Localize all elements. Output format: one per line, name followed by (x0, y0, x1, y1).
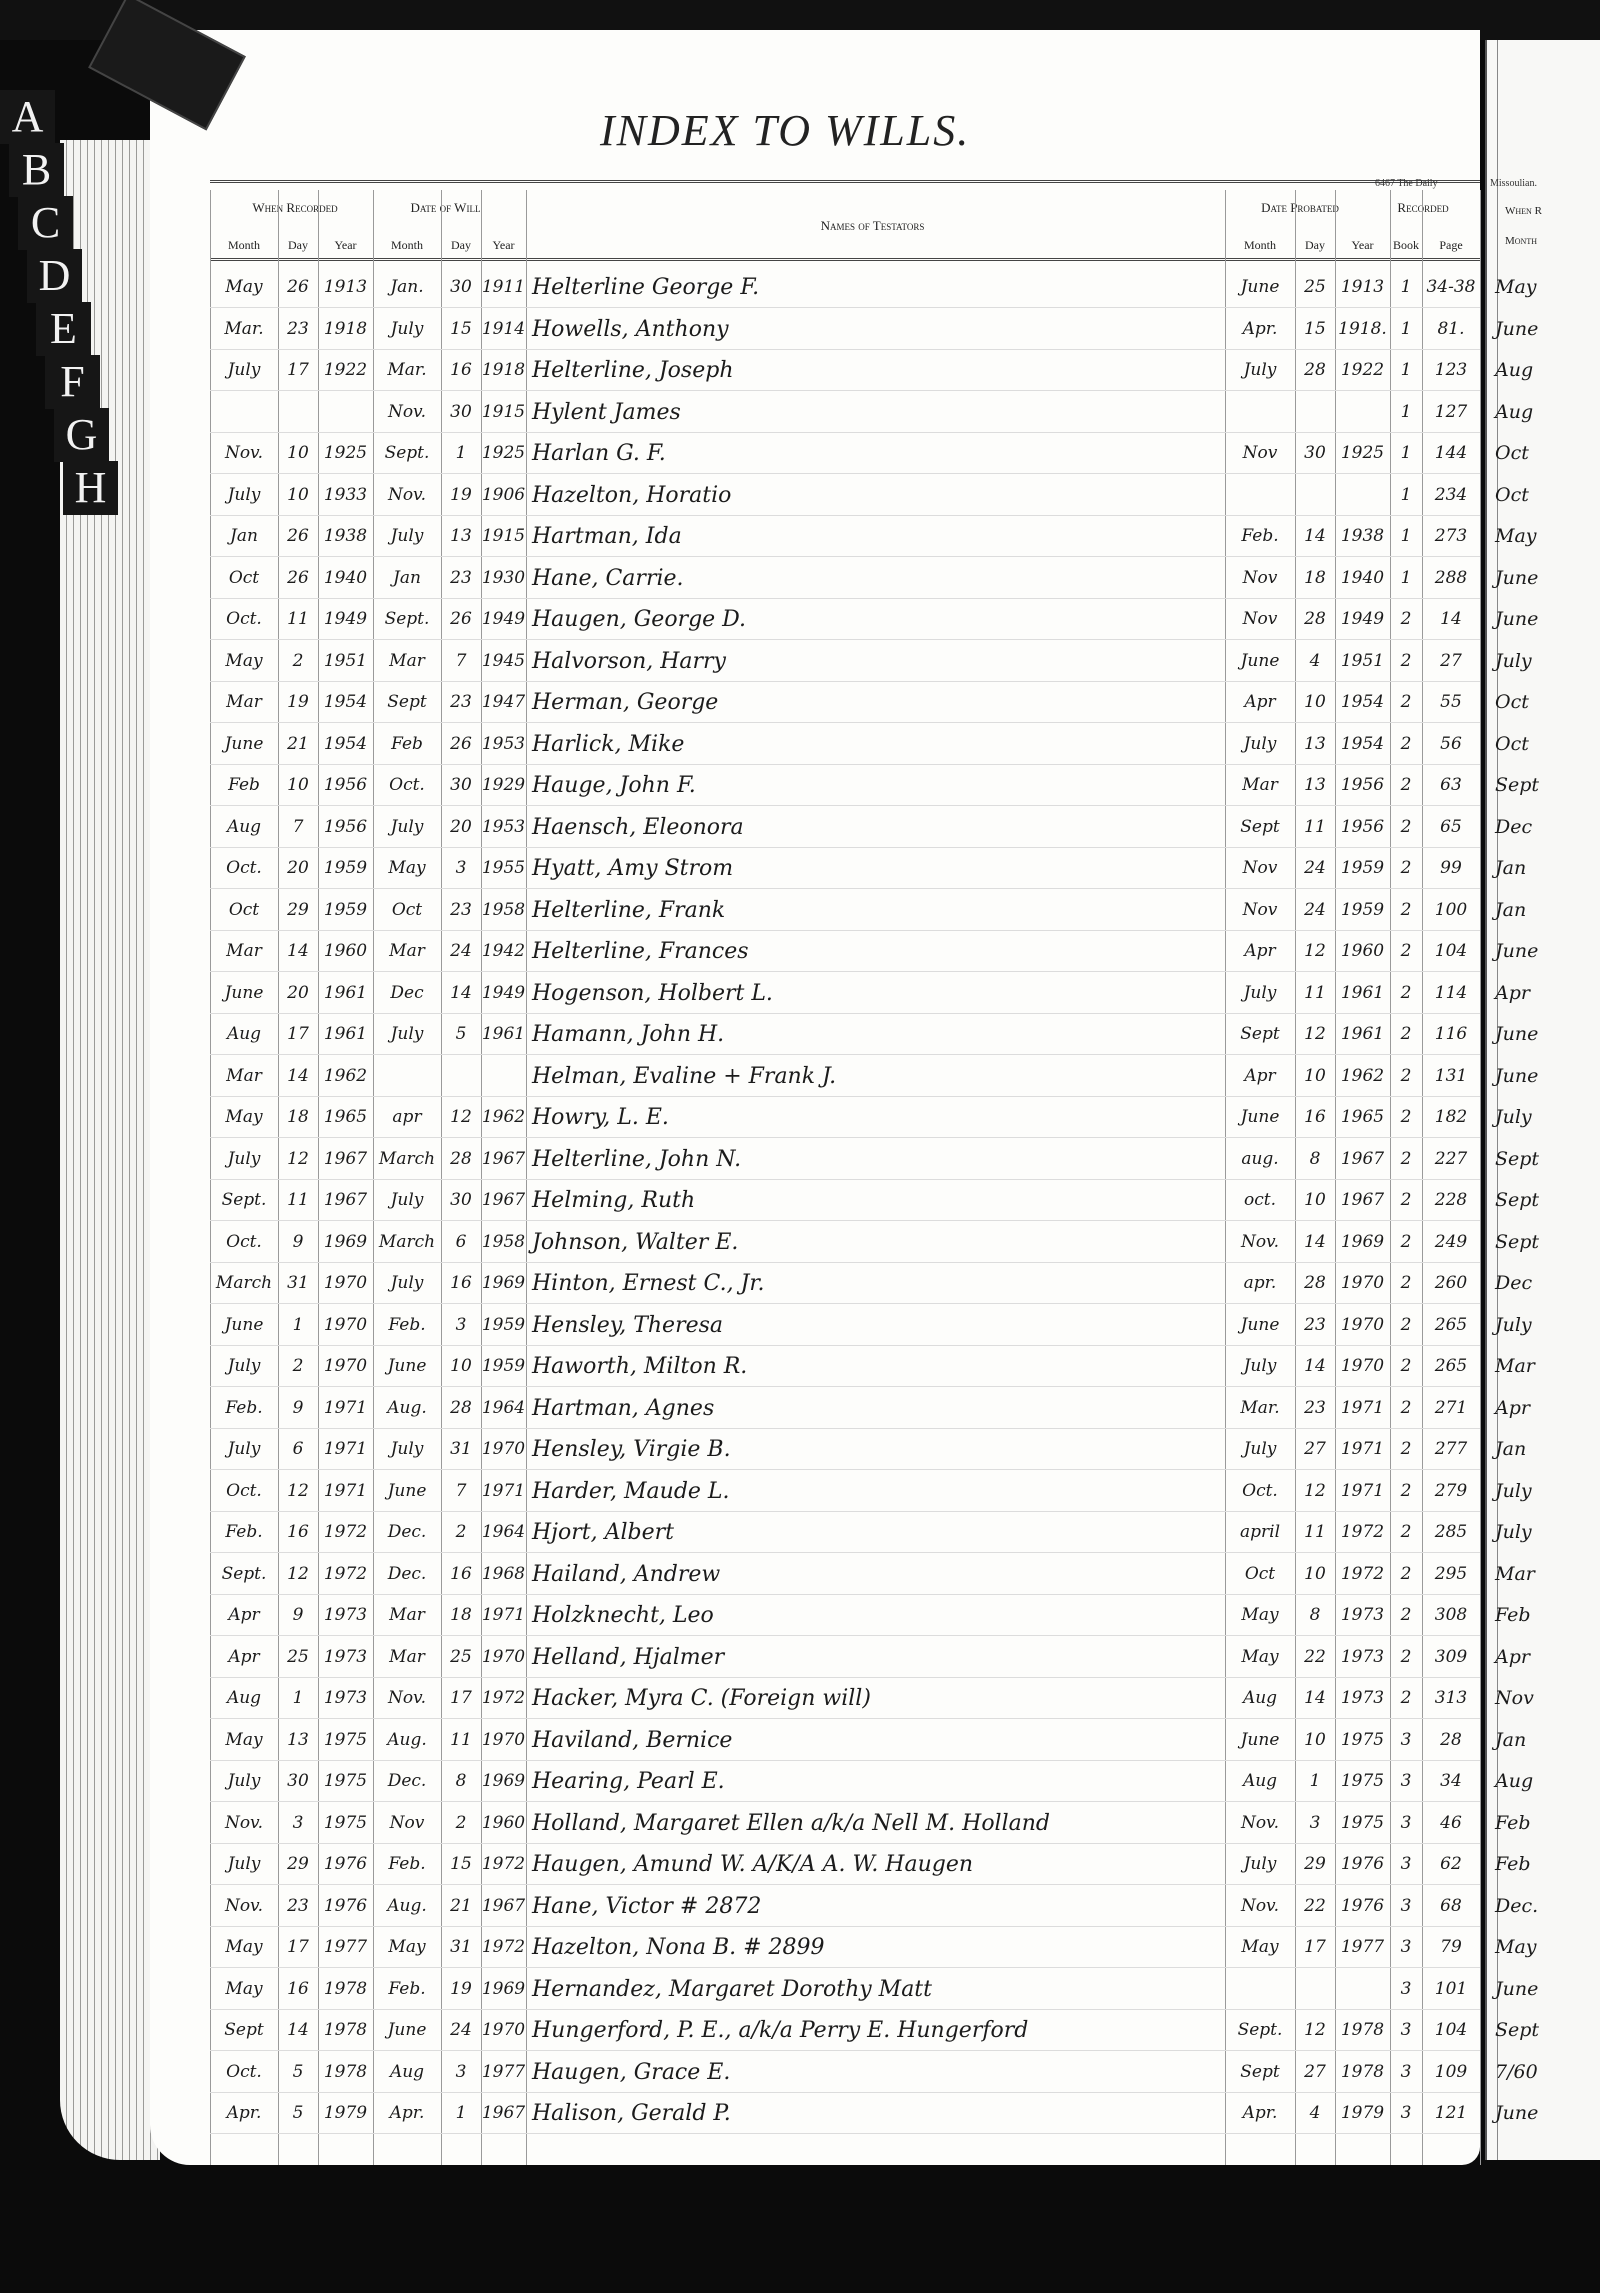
cell-prob-m (1225, 1970, 1295, 2009)
cell-will-d (441, 1057, 481, 1096)
cell-will-d: 25 (441, 1638, 481, 1677)
next-page-month: Apr (1495, 1389, 1585, 1428)
cell-book: 3 (1390, 1970, 1422, 2009)
cell-prob-d: 16 (1295, 1098, 1335, 1137)
cell-page: 56 (1422, 725, 1480, 764)
cell-book: 3 (1390, 2053, 1422, 2092)
cell-prob-d: 11 (1295, 1513, 1335, 1552)
table-row: Mar.231918July151914Howells, AnthonyApr.… (0, 310, 1600, 349)
cell-prob-y: 1979 (1335, 2094, 1390, 2133)
cell-will-d: 6 (441, 1223, 481, 1262)
cell-prob-d: 1 (1295, 1762, 1335, 1801)
cell-will-y: 1961 (481, 1015, 526, 1054)
cell-book: 2 (1390, 849, 1422, 888)
cell-will-y: 1968 (481, 1555, 526, 1594)
cell-page: 227 (1422, 1140, 1480, 1179)
cell-prob-m: Mar (1225, 766, 1295, 805)
cell-prob-y (1335, 393, 1390, 432)
cell-prob-d: 11 (1295, 974, 1335, 1013)
row-rule (210, 1303, 1480, 1304)
row-rule (210, 1718, 1480, 1719)
cell-will-y: 1942 (481, 932, 526, 971)
cell-rec-y: 1961 (318, 1015, 373, 1054)
cell-rec-y: 1940 (318, 559, 373, 598)
cell-name: Johnson, Walter E. (526, 1223, 1231, 1262)
cell-name: Hyatt, Amy Strom (526, 849, 1231, 888)
cell-prob-y: 1951 (1335, 642, 1390, 681)
cell-will-m: Aug. (373, 1887, 441, 1926)
cell-page: 249 (1422, 1223, 1480, 1262)
table-row: Oct.111949Sept.261949Haugen, George D.No… (0, 600, 1600, 639)
row-rule (210, 1967, 1480, 1968)
cell-prob-d: 14 (1295, 517, 1335, 556)
cell-name: Haworth, Milton R. (526, 1347, 1231, 1386)
cell-name: Hensley, Theresa (526, 1306, 1231, 1345)
cell-rec-d: 9 (278, 1596, 318, 1635)
table-row: Oct.51978Aug31977Haugen, Grace E.Sept271… (0, 2053, 1600, 2092)
row-rule (210, 432, 1480, 433)
cell-book: 1 (1390, 476, 1422, 515)
cell-book: 2 (1390, 1306, 1422, 1345)
cell-page: 34 (1422, 1762, 1480, 1801)
table-row: May131975Aug.111970Haviland, BerniceJune… (0, 1721, 1600, 1760)
cell-will-d: 23 (441, 891, 481, 930)
table-row: Sept141978June241970Hungerford, P. E., a… (0, 2011, 1600, 2050)
cell-book: 2 (1390, 1596, 1422, 1635)
cell-prob-y: 1965 (1335, 1098, 1390, 1137)
next-page-month: Sept (1495, 1181, 1585, 1220)
cell-prob-d: 24 (1295, 849, 1335, 888)
cell-rec-m: July (210, 476, 278, 515)
cell-rec-d: 10 (278, 476, 318, 515)
cell-will-m: July (373, 1181, 441, 1220)
cell-page: 228 (1422, 1181, 1480, 1220)
next-page-month: Apr (1495, 974, 1585, 1013)
cell-rec-y: 1979 (318, 2094, 373, 2133)
cell-book: 2 (1390, 1389, 1422, 1428)
cell-will-y: 1959 (481, 1306, 526, 1345)
cell-book: 2 (1390, 642, 1422, 681)
cell-rec-y: 1956 (318, 808, 373, 847)
cell-name: Haugen, Grace E. (526, 2053, 1231, 2092)
cell-will-m: Nov (373, 1804, 441, 1843)
cell-rec-m: June (210, 1306, 278, 1345)
cell-rec-m: May (210, 1098, 278, 1137)
header-date-of-will: Date of Will (378, 200, 513, 216)
cell-rec-d: 2 (278, 642, 318, 681)
cell-prob-y: 1970 (1335, 1306, 1390, 1345)
cell-will-m: Oct. (373, 766, 441, 805)
table-row: Aug171961July51961Hamann, John H.Sept121… (0, 1015, 1600, 1054)
cell-rec-y: 1967 (318, 1181, 373, 1220)
cell-rec-d: 9 (278, 1389, 318, 1428)
cell-will-y: 1930 (481, 559, 526, 598)
cell-will-y: 1971 (481, 1596, 526, 1635)
cell-will-m: Feb (373, 725, 441, 764)
cell-page: 308 (1422, 1596, 1480, 1635)
next-page-month-label: Month (1505, 235, 1537, 247)
cell-rec-m: June (210, 725, 278, 764)
cell-will-m: Feb. (373, 1306, 441, 1345)
cell-rec-m: May (210, 268, 278, 307)
cell-will-m: Sept. (373, 600, 441, 639)
cell-will-y: 1970 (481, 1721, 526, 1760)
cell-rec-d: 5 (278, 2094, 318, 2133)
cell-prob-m: May (1225, 1638, 1295, 1677)
row-rule (210, 847, 1480, 848)
cell-rec-m: July (210, 1140, 278, 1179)
next-page-month: June (1495, 600, 1585, 639)
cell-rec-d: 30 (278, 1762, 318, 1801)
cell-prob-m: Oct (1225, 1555, 1295, 1594)
cell-page: 277 (1422, 1430, 1480, 1469)
cell-name: Harlick, Mike (526, 725, 1231, 764)
cell-will-d: 13 (441, 517, 481, 556)
cell-rec-m: Aug (210, 808, 278, 847)
cell-rec-d: 17 (278, 1015, 318, 1054)
cell-page: 109 (1422, 2053, 1480, 2092)
row-rule (210, 805, 1480, 806)
cell-name: Hazelton, Horatio (526, 476, 1231, 515)
next-page-month: Apr (1495, 1638, 1585, 1677)
cell-prob-m: Sept (1225, 1015, 1295, 1054)
cell-rec-d: 29 (278, 891, 318, 930)
next-page-month: June (1495, 559, 1585, 598)
cell-prob-m: Sept (1225, 808, 1295, 847)
cell-prob-m: oct. (1225, 1181, 1295, 1220)
table-row: Sept.111967July301967Helming, Ruthoct.10… (0, 1181, 1600, 1220)
cell-name: Helterline, Joseph (526, 351, 1231, 390)
cell-will-y: 1969 (481, 1762, 526, 1801)
next-page-month: Oct (1495, 683, 1585, 722)
table-row: June211954Feb261953Harlick, MikeJuly1319… (0, 725, 1600, 764)
cell-will-m: apr (373, 1098, 441, 1137)
cell-prob-y: 1977 (1335, 1928, 1390, 1967)
cell-rec-m: Sept (210, 2011, 278, 2050)
cell-book: 1 (1390, 310, 1422, 349)
cell-will-d: 2 (441, 1513, 481, 1552)
cell-prob-d: 8 (1295, 1140, 1335, 1179)
cell-rec-d: 17 (278, 1928, 318, 1967)
cell-book: 2 (1390, 766, 1422, 805)
table-row: Nov.101925Sept.11925Harlan G. F.Nov30192… (0, 434, 1600, 473)
cell-name: Hacker, Myra C. (Foreign will) (526, 1679, 1231, 1718)
next-page-month: Aug (1495, 1762, 1585, 1801)
cell-prob-y: 1971 (1335, 1472, 1390, 1511)
cell-rec-y: 1922 (318, 351, 373, 390)
cell-page: 260 (1422, 1264, 1480, 1303)
cell-page: 273 (1422, 517, 1480, 556)
cell-will-y: 1972 (481, 1928, 526, 1967)
cell-will-d: 19 (441, 476, 481, 515)
cell-prob-y: 1961 (1335, 1015, 1390, 1054)
cell-book: 2 (1390, 1140, 1422, 1179)
cell-rec-m: Mar (210, 1057, 278, 1096)
cell-will-m: July (373, 808, 441, 847)
cell-rec-y: 1972 (318, 1555, 373, 1594)
cell-will-y: 1970 (481, 1430, 526, 1469)
table-row: Mar141962Helman, Evaline + Frank J.Apr10… (0, 1057, 1600, 1096)
cell-will-d: 23 (441, 683, 481, 722)
cell-rec-y: 1918 (318, 310, 373, 349)
cell-rec-d: 23 (278, 310, 318, 349)
cell-rec-y: 1978 (318, 1970, 373, 2009)
next-page-month: July (1495, 642, 1585, 681)
cell-rec-m: Mar (210, 932, 278, 971)
table-row: Oct.201959May31955Hyatt, Amy StromNov241… (0, 849, 1600, 888)
cell-will-y: 1967 (481, 1887, 526, 1926)
cell-book: 2 (1390, 1057, 1422, 1096)
cell-rec-y: 1975 (318, 1721, 373, 1760)
cell-rec-d: 21 (278, 725, 318, 764)
cell-rec-m: Sept. (210, 1555, 278, 1594)
cell-will-d: 23 (441, 559, 481, 598)
cell-rec-m: Oct. (210, 1472, 278, 1511)
row-rule (210, 1054, 1480, 1055)
cell-name: Helterline, John N. (526, 1140, 1231, 1179)
cell-page: 100 (1422, 891, 1480, 930)
cell-will-d: 5 (441, 1015, 481, 1054)
cell-page: 62 (1422, 1845, 1480, 1884)
printer-mark: 6467 The Daily (1375, 178, 1438, 189)
next-page-month: Dec (1495, 808, 1585, 847)
next-page-month: July (1495, 1472, 1585, 1511)
cell-rec-y: 1970 (318, 1264, 373, 1303)
cell-name: Howells, Anthony (526, 310, 1231, 349)
cell-rec-y: 1970 (318, 1306, 373, 1345)
cell-will-m: July (373, 1015, 441, 1054)
cell-prob-y: 1925 (1335, 434, 1390, 473)
cell-page: 271 (1422, 1389, 1480, 1428)
cell-book: 3 (1390, 1804, 1422, 1843)
cell-name: Hamann, John H. (526, 1015, 1231, 1054)
next-page-month: Oct (1495, 476, 1585, 515)
next-page-month: July (1495, 1513, 1585, 1552)
cell-rec-m: July (210, 1347, 278, 1386)
cell-prob-m: Nov. (1225, 1804, 1295, 1843)
cell-prob-d: 3 (1295, 1804, 1335, 1843)
cell-rec-d: 20 (278, 974, 318, 1013)
cell-prob-y: 1975 (1335, 1804, 1390, 1843)
next-page-month: Aug (1495, 351, 1585, 390)
row-rule (210, 1926, 1480, 1927)
cell-prob-m: Apr. (1225, 310, 1295, 349)
row-rule (210, 1801, 1480, 1802)
cell-rec-m: Feb. (210, 1513, 278, 1552)
cell-prob-d: 10 (1295, 1555, 1335, 1594)
cell-prob-d: 10 (1295, 683, 1335, 722)
next-page-month: June (1495, 1970, 1585, 2009)
cell-page: 144 (1422, 434, 1480, 473)
next-page-month: Nov (1495, 1679, 1585, 1718)
cell-will-y: 1958 (481, 891, 526, 930)
next-page-month: June (1495, 1015, 1585, 1054)
cell-will-d: 26 (441, 725, 481, 764)
cell-prob-m: June (1225, 268, 1295, 307)
cell-will-d: 30 (441, 1181, 481, 1220)
row-rule (210, 1594, 1480, 1595)
tab-a[interactable]: A (0, 90, 55, 144)
cell-will-m: Dec (373, 974, 441, 1013)
row-rule (210, 349, 1480, 350)
cell-page: 34-38 (1422, 268, 1480, 307)
cell-book: 3 (1390, 1887, 1422, 1926)
subheader-day: Day (278, 238, 318, 253)
cell-book: 2 (1390, 1555, 1422, 1594)
cell-prob-y: 1973 (1335, 1679, 1390, 1718)
cell-will-d: 16 (441, 351, 481, 390)
cell-rec-y: 1954 (318, 725, 373, 764)
cell-rec-y: 1978 (318, 2053, 373, 2092)
cell-book: 2 (1390, 1223, 1422, 1262)
cell-page: 104 (1422, 932, 1480, 971)
cell-page: 65 (1422, 808, 1480, 847)
cell-will-m: July (373, 517, 441, 556)
cell-rec-d: 14 (278, 932, 318, 971)
next-page-month: May (1495, 268, 1585, 307)
cell-rec-m: July (210, 1845, 278, 1884)
cell-book: 3 (1390, 1928, 1422, 1967)
table-row: July121967March281967Helterline, John N.… (0, 1140, 1600, 1179)
cell-rec-y: 1949 (318, 600, 373, 639)
cell-name: Haviland, Bernice (526, 1721, 1231, 1760)
cell-prob-d: 10 (1295, 1181, 1335, 1220)
cell-prob-y (1335, 1970, 1390, 2009)
table-row: July291976Feb.151972Haugen, Amund W. A/K… (0, 1845, 1600, 1884)
cell-will-m: Dec. (373, 1555, 441, 1594)
cell-rec-m: May (210, 1721, 278, 1760)
cell-name: Hjort, Albert (526, 1513, 1231, 1552)
cell-prob-m: Nov (1225, 891, 1295, 930)
cell-will-d: 3 (441, 849, 481, 888)
cell-name: Haensch, Eleonora (526, 808, 1231, 847)
cell-rec-d: 16 (278, 1513, 318, 1552)
cell-book: 3 (1390, 1762, 1422, 1801)
cell-prob-y: 1959 (1335, 891, 1390, 930)
cell-name: Hylent James (526, 393, 1231, 432)
table-row: Feb.91971Aug.281964Hartman, AgnesMar.231… (0, 1389, 1600, 1428)
cell-rec-d: 11 (278, 600, 318, 639)
cell-prob-y: 1956 (1335, 808, 1390, 847)
cell-will-y: 1967 (481, 2094, 526, 2133)
cell-will-d: 24 (441, 932, 481, 971)
cell-prob-m: July (1225, 1845, 1295, 1884)
cell-rec-d: 11 (278, 1181, 318, 1220)
table-row: June201961Dec141949Hogenson, Holbert L.J… (0, 974, 1600, 1013)
cell-rec-m: May (210, 1970, 278, 2009)
next-page-month: June (1495, 310, 1585, 349)
cell-rec-y (318, 393, 373, 432)
header-recorded: Recorded (1378, 200, 1468, 216)
cell-prob-d: 23 (1295, 1389, 1335, 1428)
next-page-month: Feb (1495, 1845, 1585, 1884)
cell-book: 1 (1390, 351, 1422, 390)
cell-book: 1 (1390, 393, 1422, 432)
cell-will-y: 1959 (481, 1347, 526, 1386)
cell-prob-y: 1956 (1335, 766, 1390, 805)
cell-prob-d: 10 (1295, 1057, 1335, 1096)
cell-will-m: Jan. (373, 268, 441, 307)
cell-will-m: Sept. (373, 434, 441, 473)
cell-prob-y: 1976 (1335, 1887, 1390, 1926)
row-rule (210, 1677, 1480, 1678)
table-row: July101933Nov.191906Hazelton, Horatio123… (0, 476, 1600, 515)
cell-rec-d: 14 (278, 2011, 318, 2050)
row-rule (210, 1511, 1480, 1512)
table-row: July171922Mar.161918Helterline, JosephJu… (0, 351, 1600, 390)
cell-book: 1 (1390, 559, 1422, 598)
cell-page: 63 (1422, 766, 1480, 805)
cell-prob-m: Aug (1225, 1762, 1295, 1801)
cell-name: Hailand, Andrew (526, 1555, 1231, 1594)
cell-will-y: 1955 (481, 849, 526, 888)
cell-prob-m: Sept (1225, 2053, 1295, 2092)
next-page-month: June (1495, 1057, 1585, 1096)
table-row: July21970June101959Haworth, Milton R.Jul… (0, 1347, 1600, 1386)
cell-rec-m (210, 393, 278, 432)
row-rule (210, 1386, 1480, 1387)
cell-book: 2 (1390, 725, 1422, 764)
cell-prob-m: Oct. (1225, 1472, 1295, 1511)
tab-c[interactable]: C (18, 196, 73, 250)
cell-prob-d: 28 (1295, 1264, 1335, 1303)
cell-book: 2 (1390, 1513, 1422, 1552)
cell-will-d: 14 (441, 974, 481, 1013)
cell-rec-y: 1973 (318, 1596, 373, 1635)
cell-rec-y: 1971 (318, 1472, 373, 1511)
cell-rec-y: 1972 (318, 1513, 373, 1552)
cell-prob-d: 28 (1295, 600, 1335, 639)
cell-will-y: 1914 (481, 310, 526, 349)
next-page-month: Jan (1495, 1430, 1585, 1469)
cell-book: 2 (1390, 932, 1422, 971)
row-rule (210, 2050, 1480, 2051)
cell-prob-m: Nov (1225, 434, 1295, 473)
cell-name: Harder, Maude L. (526, 1472, 1231, 1511)
cell-will-d: 15 (441, 1845, 481, 1884)
cell-book: 3 (1390, 2011, 1422, 2050)
cell-prob-m: Apr (1225, 683, 1295, 722)
cell-rec-y: 1973 (318, 1638, 373, 1677)
cell-rec-y: 1967 (318, 1140, 373, 1179)
row-rule (210, 1096, 1480, 1097)
table-row: Aug71956July201953Haensch, EleonoraSept1… (0, 808, 1600, 847)
cell-prob-d: 14 (1295, 1347, 1335, 1386)
cell-prob-d: 18 (1295, 559, 1335, 598)
table-row: May181965apr121962Howry, L. E.June161965… (0, 1098, 1600, 1137)
cell-prob-y: 1978 (1335, 2011, 1390, 2050)
cell-book: 1 (1390, 268, 1422, 307)
cell-rec-m: Apr. (210, 2094, 278, 2133)
cell-prob-d: 29 (1295, 1845, 1335, 1884)
cell-prob-d: 12 (1295, 2011, 1335, 2050)
cell-rec-y: 1976 (318, 1887, 373, 1926)
cell-prob-m: Sept. (1225, 2011, 1295, 2050)
cell-prob-y (1335, 476, 1390, 515)
cell-prob-y: 1949 (1335, 600, 1390, 639)
next-page-month: Sept (1495, 1140, 1585, 1179)
cell-will-m: Nov. (373, 476, 441, 515)
cell-name: Halvorson, Harry (526, 642, 1231, 681)
cell-prob-m: Nov. (1225, 1887, 1295, 1926)
tab-b[interactable]: B (9, 143, 64, 197)
cell-page: 234 (1422, 476, 1480, 515)
cell-prob-m: april (1225, 1513, 1295, 1552)
cell-will-m: Aug (373, 2053, 441, 2092)
cell-page: 55 (1422, 683, 1480, 722)
cell-rec-m: July (210, 1430, 278, 1469)
subheader-month: Month (1225, 238, 1295, 253)
